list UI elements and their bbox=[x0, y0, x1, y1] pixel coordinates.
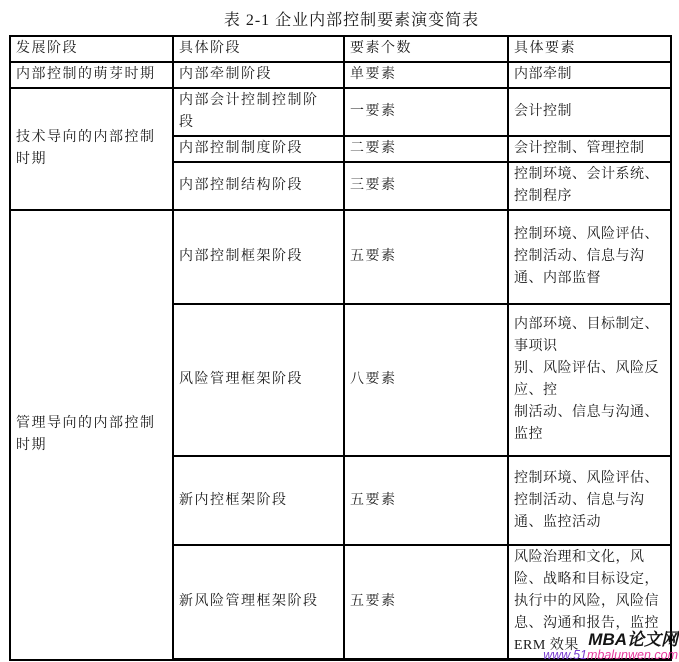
count-cell: 二要素 bbox=[344, 136, 508, 162]
phase-cell: 内部会计控制控制阶 段 bbox=[173, 88, 344, 136]
phase-cell: 新内控框架阶段 bbox=[173, 456, 344, 545]
elements-cell: 会计控制、管理控制 bbox=[508, 136, 671, 162]
count-cell: 一要素 bbox=[344, 88, 508, 136]
stage-cell-management-oriented: 管理导向的内部控制 时期 bbox=[10, 210, 173, 660]
stage-cell-embryonic-period: 内部控制的萌芽时期 bbox=[10, 62, 173, 88]
count-cell: 单要素 bbox=[344, 62, 508, 88]
elements-cell: 控制环境、会计系统、 控制程序 bbox=[508, 162, 671, 210]
phase-cell: 内部控制制度阶段 bbox=[173, 136, 344, 162]
stage-cell-technology-oriented: 技术导向的内部控制 时期 bbox=[10, 88, 173, 210]
table-title: 表 2-1 企业内部控制要素演变简表 bbox=[12, 7, 679, 30]
table-row: 技术导向的内部控制 时期 内部会计控制控制阶 段 一要素 会计控制 bbox=[10, 88, 671, 136]
watermark-url-domain: mbalunwen.com bbox=[587, 648, 678, 662]
elements-cell: 控制环境、风险评估、 控制活动、信息与沟 通、监控活动 bbox=[508, 456, 671, 545]
watermark: MBA论文网 www.51mbalunwen.com bbox=[543, 631, 678, 662]
header-element-count: 要素个数 bbox=[344, 36, 508, 62]
phase-cell: 新风险管理框架阶段 bbox=[173, 545, 344, 660]
count-cell: 五要素 bbox=[344, 456, 508, 545]
header-row: 发展阶段 具体阶段 要素个数 具体要素 bbox=[10, 36, 671, 62]
internal-control-evolution-table: 发展阶段 具体阶段 要素个数 具体要素 内部控制的萌芽时期 内部牵制阶段 单要素… bbox=[9, 35, 672, 661]
elements-cell: 内部环境、目标制定、 事项识 别、风险评估、风险反 应、控 制活动、信息与沟通、… bbox=[508, 304, 671, 456]
header-development-stage: 发展阶段 bbox=[10, 36, 173, 62]
table-row: 管理导向的内部控制 时期 内部控制框架阶段 五要素 控制环境、风险评估、 控制活… bbox=[10, 210, 671, 304]
elements-cell: 控制环境、风险评估、 控制活动、信息与沟 通、内部监督 bbox=[508, 210, 671, 304]
watermark-site-name: MBA论文网 bbox=[543, 631, 678, 649]
elements-cell: 会计控制 bbox=[508, 88, 671, 136]
watermark-url-prefix: www.51 bbox=[543, 648, 587, 662]
count-cell: 八要素 bbox=[344, 304, 508, 456]
phase-cell: 内部控制框架阶段 bbox=[173, 210, 344, 304]
count-cell: 三要素 bbox=[344, 162, 508, 210]
phase-cell: 内部牵制阶段 bbox=[173, 62, 344, 88]
table-row: 内部控制的萌芽时期 内部牵制阶段 单要素 内部牵制 bbox=[10, 62, 671, 88]
phase-cell: 内部控制结构阶段 bbox=[173, 162, 344, 210]
phase-cell: 风险管理框架阶段 bbox=[173, 304, 344, 456]
count-cell: 五要素 bbox=[344, 545, 508, 660]
watermark-site-url: www.51mbalunwen.com bbox=[543, 649, 678, 662]
count-cell: 五要素 bbox=[344, 210, 508, 304]
elements-cell: 内部牵制 bbox=[508, 62, 671, 88]
header-specific-phase: 具体阶段 bbox=[173, 36, 344, 62]
header-specific-elements: 具体要素 bbox=[508, 36, 671, 62]
